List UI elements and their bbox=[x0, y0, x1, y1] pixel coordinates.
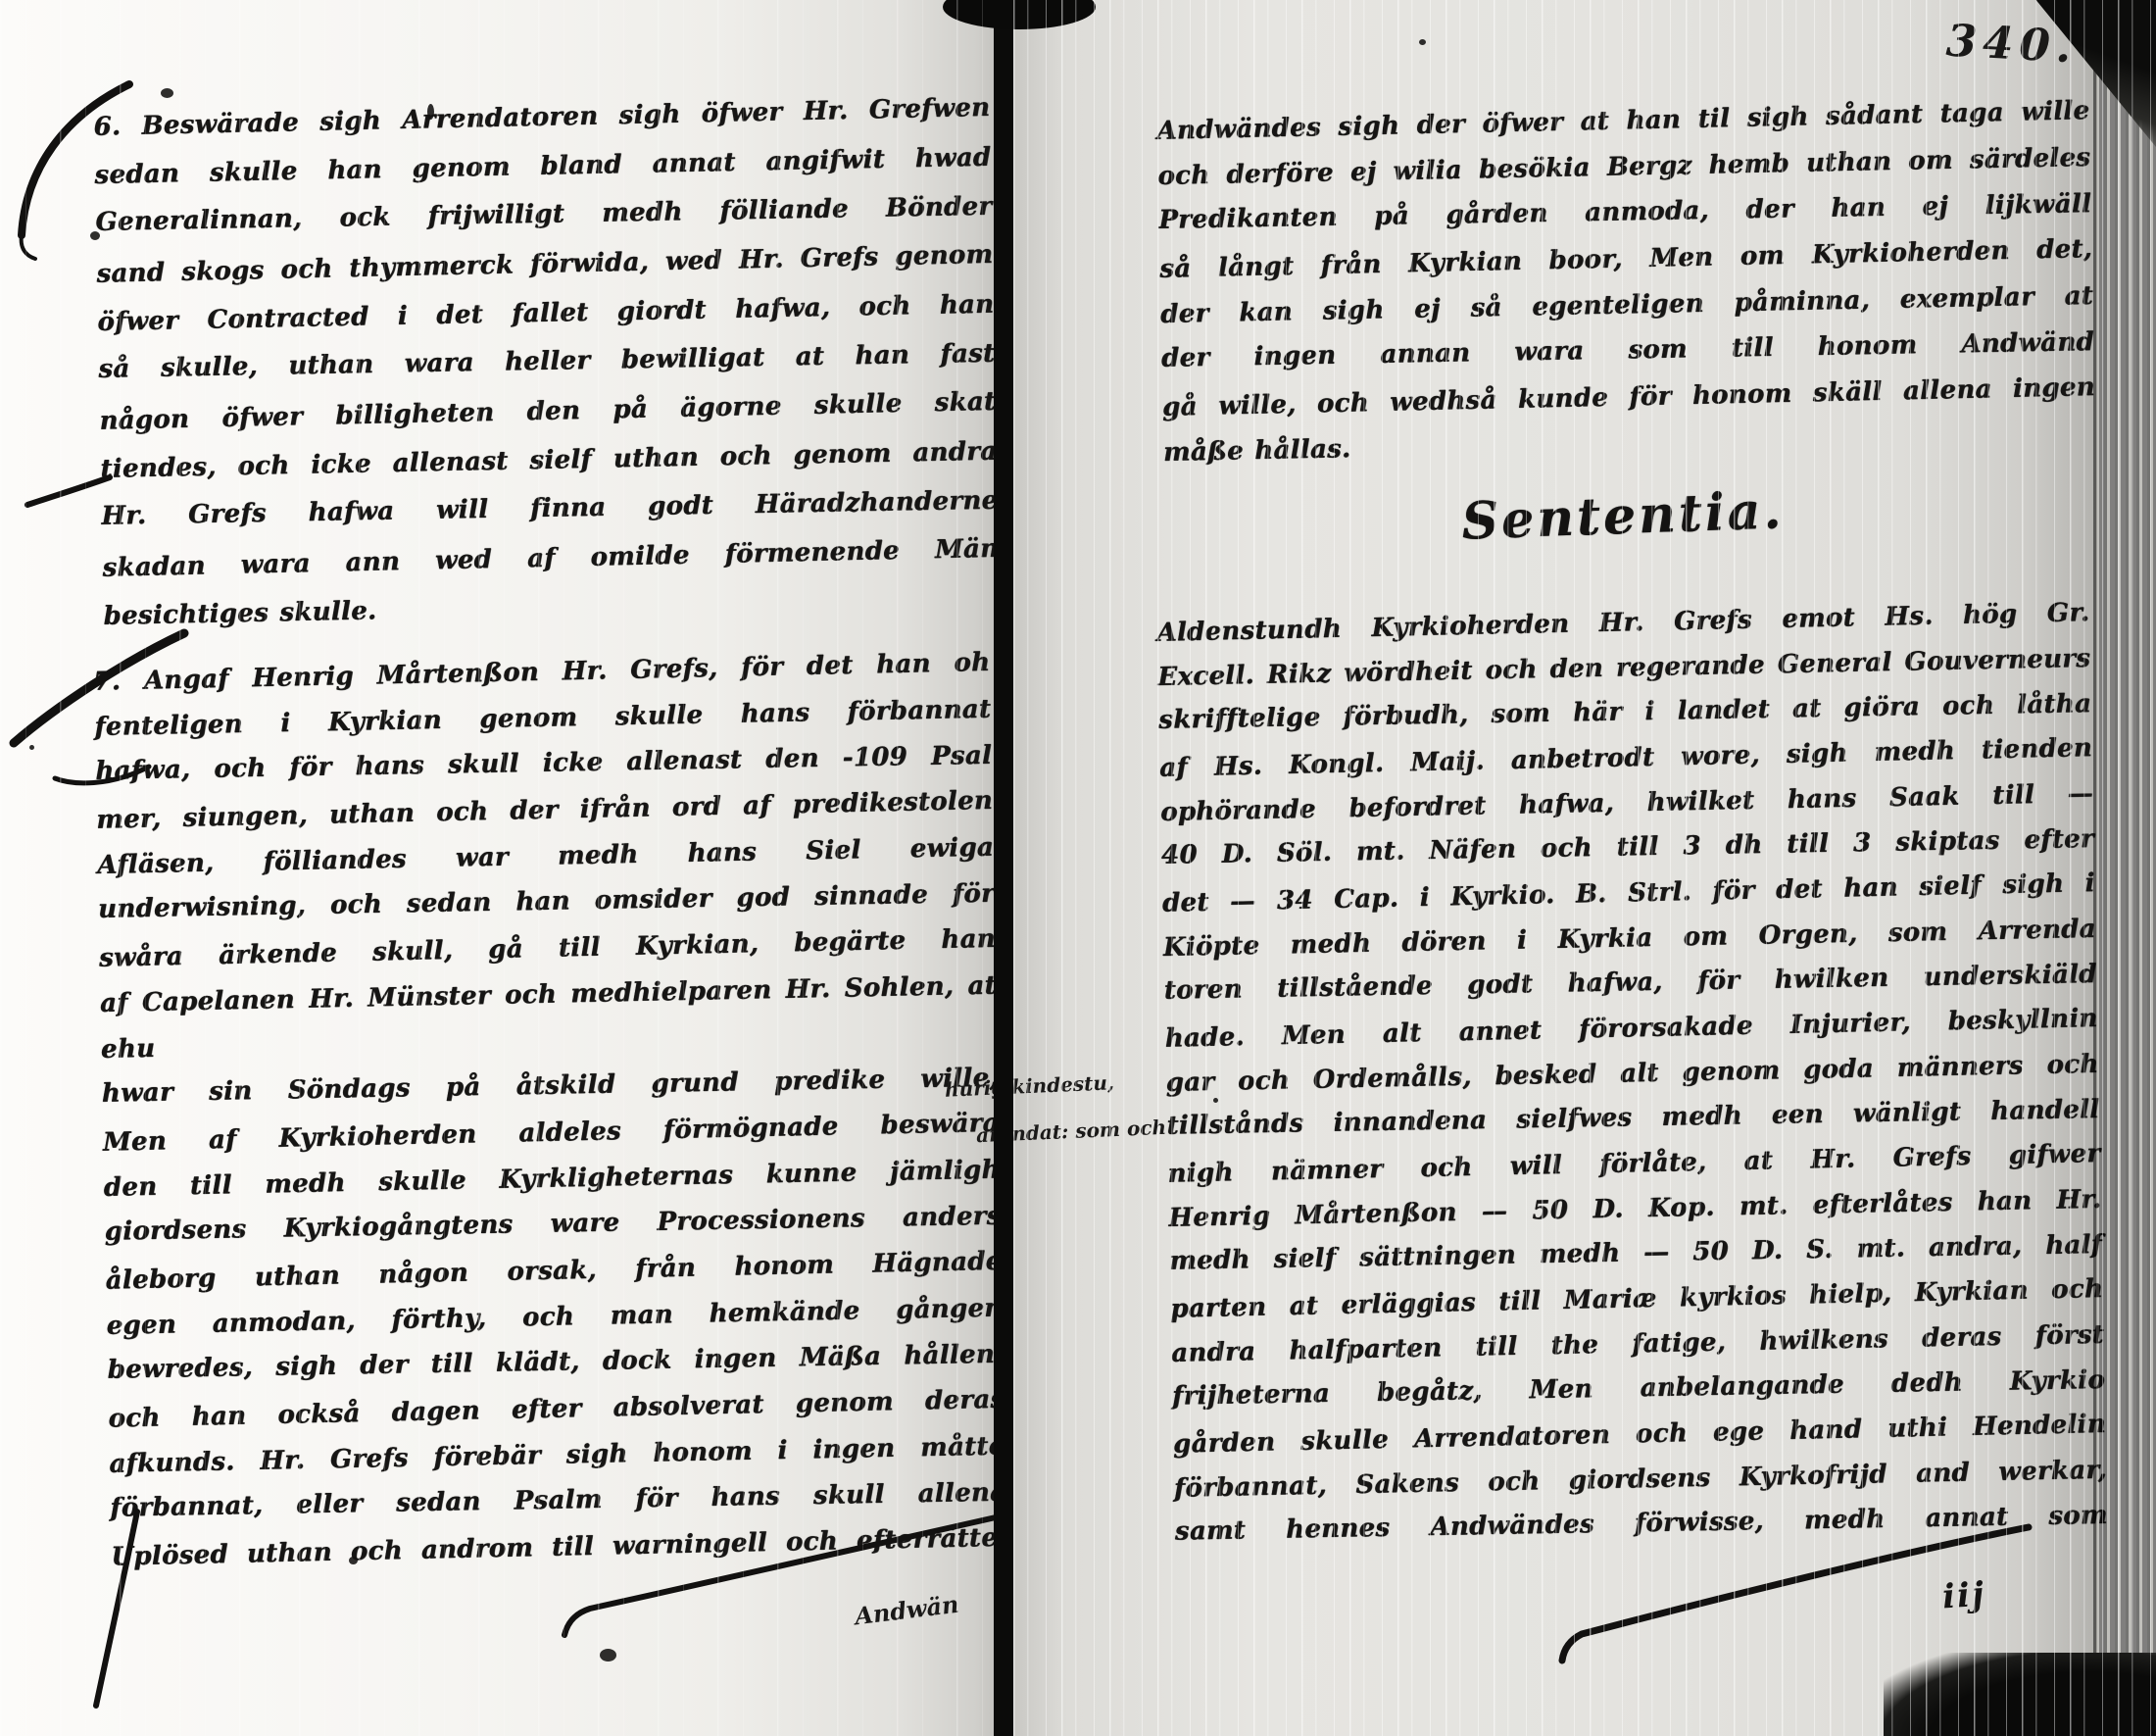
ink-blot bbox=[600, 1649, 616, 1662]
ink-speck bbox=[90, 231, 100, 240]
book-spine bbox=[994, 0, 1013, 1736]
right-page: 340. Andwändes sigh der öfwer at han til… bbox=[1013, 0, 2097, 1736]
quire-signature-mark: iij bbox=[1941, 1575, 1987, 1617]
ink-speck bbox=[1213, 1098, 1218, 1103]
ink-speck bbox=[29, 745, 34, 750]
ink-speck bbox=[161, 88, 173, 98]
ink-speck bbox=[1419, 39, 1426, 45]
left-page: 6. Beswärade sigh Arrendatoren sigh öfwe… bbox=[0, 0, 996, 1736]
bottom-right-corner-shadow bbox=[1884, 1653, 2156, 1736]
book-fore-edge bbox=[2093, 0, 2156, 1736]
sententia-heading: Sententia. bbox=[1155, 470, 2090, 562]
paragraph-7: 7. Angaf Henrig Mårtenßon Hr. Grefs, för… bbox=[93, 641, 1008, 1580]
manuscript-scan: 6. Beswärade sigh Arrendatoren sigh öfwe… bbox=[0, 0, 2156, 1736]
intro-paragraph: Andwändes sigh der öfwer at han til sigh… bbox=[1156, 89, 2096, 476]
sententia-paragraph: Aldenstundh Kyrkioherden Hr. Grefs emot … bbox=[1156, 591, 2108, 1557]
manuscript-line: af Capelanen Hr. Münster och medhielpare… bbox=[100, 964, 999, 1073]
catchword: Andwän bbox=[854, 1590, 960, 1631]
paragraph-6: 6. Beswärade sigh Arrendatoren sigh öfwe… bbox=[93, 84, 1001, 641]
ink-speck bbox=[427, 104, 434, 120]
ink-speck bbox=[349, 1557, 358, 1564]
